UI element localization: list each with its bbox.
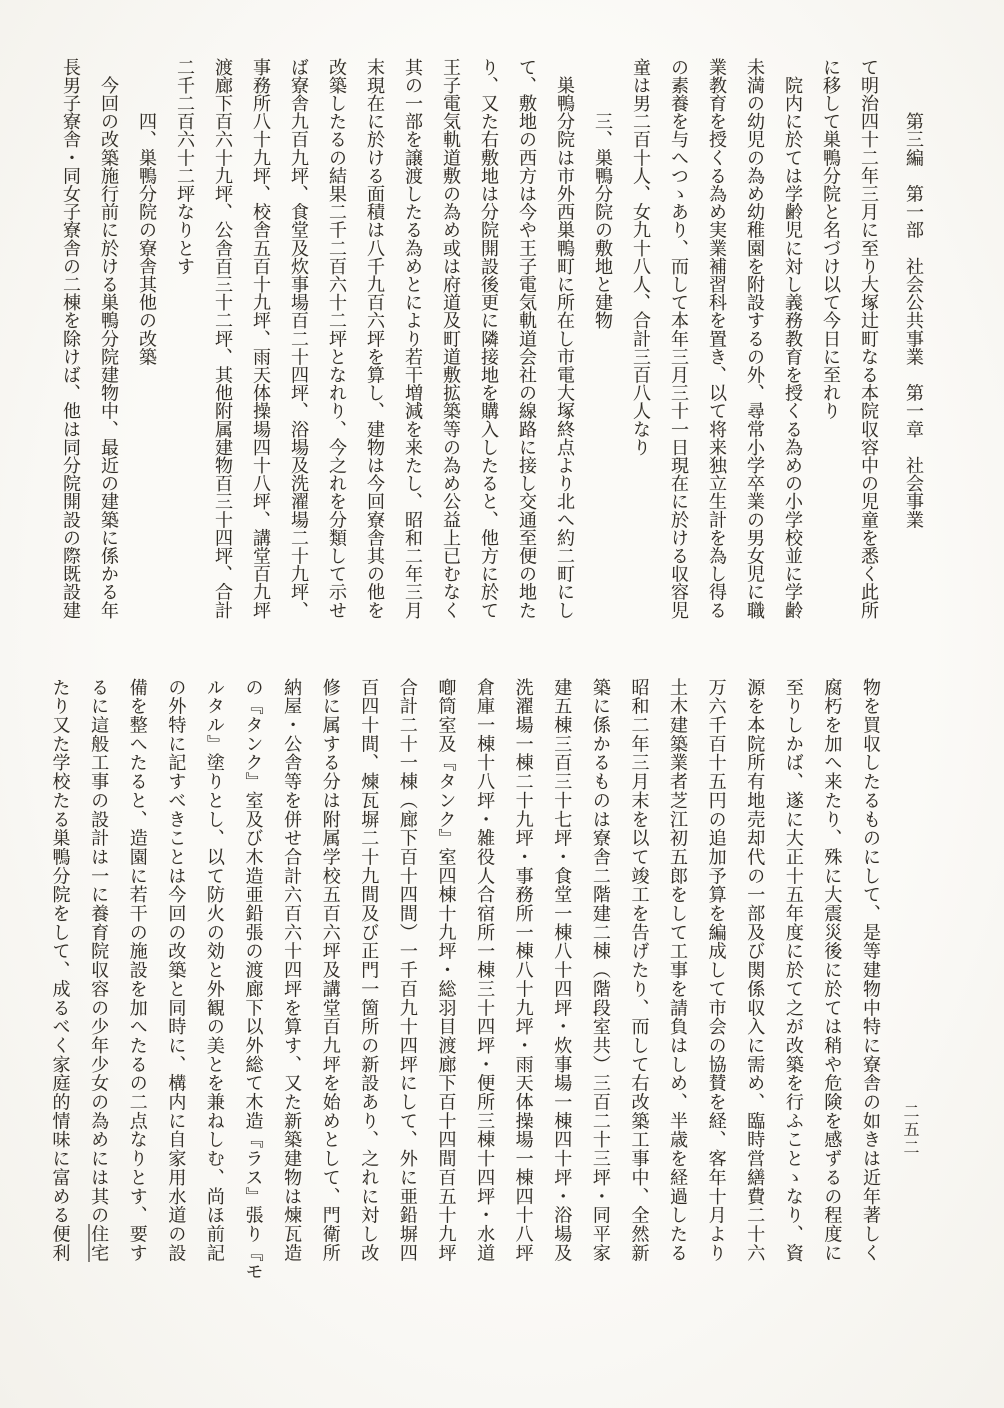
text-line: 院内に於ては学齢児に対し義務教育を授くる為めの小学校並に学齢: [773, 58, 811, 620]
text-line: 洗濯場一棟二十九坪・事務所一棟八十九坪・雨天体操場一棟四十八坪: [503, 678, 542, 1266]
page-number: 二五二: [899, 1103, 922, 1157]
text-line: 童は男二百十人、女九十八人、合計三百八人なり: [621, 58, 659, 620]
text-line: 物を買収したるものにして、是等建物中特に寮舎の如きは近年著しく: [850, 678, 889, 1266]
text-line: り、又た右敷地は分院開設後更に隣接地を購入したると、他方に於て: [469, 58, 507, 620]
text-line: 建五棟三百三十七坪・食堂一棟八十四坪・炊事場一棟四十坪・浴場及: [542, 678, 581, 1266]
scan-correction-mark: [88, 1224, 90, 1262]
text-line: 源を本院所有地売却代の一部及び関係収入に需め、臨時営繕費二十六: [735, 678, 774, 1266]
text-line: 築に係かるものは寮舎二階建二棟（階段室共）三百二十三坪・同平家: [580, 678, 619, 1266]
text-line: 長男子寮舎・同女子寮舎の二棟を除けば、他は同分院開設の際既設建: [51, 58, 89, 620]
text-line: 昭和二年三月末を以て竣工を告げたり、而して右改築工事中、全然新: [619, 678, 658, 1266]
text-line: 土木建築業者芝江初五郎をして工事を請負はしめ、半歳を経過したる: [657, 678, 696, 1266]
text-line: 二千二百六十二坪なりとす: [165, 58, 203, 620]
text-line: 至りしかば、遂に大正十五年度に於て之が改築を行ふことゝなり、資: [773, 678, 812, 1266]
text-line: 倉庫一棟十八坪・雑役人合宿所一棟三十四坪・便所三棟十四坪・水道: [464, 678, 503, 1266]
text-line: の外特に記すべきことは今回の改築と同時に、構内に自家用水道の設: [156, 678, 195, 1266]
text-line: て明治四十二年三月に至り大塚辻町なる本院収容中の児童を悉く此所: [849, 58, 887, 620]
text-line: ルタル』塗りとし、以て防火の効と外観の美とを兼ねしむ、尚ほ前記: [194, 678, 233, 1266]
text-line: たり又た学校たる巣鴨分院をして、成るべく家庭的情味に富める便利: [40, 678, 79, 1266]
chapter-header: 第三編 第一部 社会公共事業 第一章 社会事業: [894, 58, 932, 620]
text-line: 合計二十一棟（廊下百十四間）一千百九十四坪にして、外に亜鉛塀四: [387, 678, 426, 1266]
text-line: 渡廊下百六十九坪、公舎百三十二坪、其他附属建物百三十四坪、合計: [203, 58, 241, 620]
text-line: の『タンク』室及び木造亜鉛張の渡廊下以外総て木造『ラス』張り『モ: [233, 678, 272, 1266]
text-line: るに這般工事の設計は一に養育院収容の少年少女の為めには其の住宅: [79, 678, 118, 1266]
section-heading-4: 四、巣鴨分院の寮舎其他の改築: [127, 58, 165, 620]
text-line: 其の一部を譲渡したる為めとにより若干増減を来たし、昭和二年三月: [393, 58, 431, 620]
text-line: 納屋・公舎等を併せ合計六百六十四坪を算す、又た新築建物は煉瓦造: [272, 678, 311, 1266]
text-line: 腐朽を加へ来たり、殊に大震災後に於ては稍や危険を感ずるの程度に: [812, 678, 851, 1266]
text-line: て、敷地の西方は今や王子電気軌道会社の線路に接し交通至便の地た: [507, 58, 545, 620]
text-line: 巣鴨分院は市外西巣鴨町に所在し市電大塚終点より北へ約二町にし: [545, 58, 583, 620]
text-line: 王子電気軌道敷の為め或は府道及町道敷拡築等の為め公益上已むなく: [431, 58, 469, 620]
lower-page-text: 物を買収したるものにして、是等建物中特に寮舎の如きは近年著しく腐朽を加へ来たり、…: [40, 678, 889, 1266]
book-scan-page: 第三編 第一部 社会公共事業 第一章 社会事業 て明治四十二年三月に至り大塚辻町…: [0, 0, 1004, 1408]
text-line: 今回の改築施行前に於ける巣鴨分院建物中、最近の建築に係かる年: [89, 58, 127, 620]
text-line: 業教育を授くる為め実業補習科を置き、以て将来独立生計を為し得る: [697, 58, 735, 620]
text-line: に移して巣鴨分院と名づけ以て今日に至れり: [811, 58, 849, 620]
text-line: 百四十間、煉瓦塀二十九間及び正門一箇所の新設あり、之れに対し改: [349, 678, 388, 1266]
text-line: 改築したるの結果二千二百六十二坪となれり、今之れを分類して示せ: [317, 58, 355, 620]
text-line: 修に属する分は附属学校五百六坪及講堂百九坪を始めとして、門衛所: [310, 678, 349, 1266]
text-line: 万六千百十五円の追加予算を編成して市会の協賛を経、客年十月より: [696, 678, 735, 1266]
text-line: 備を整へたると、造園に若干の施設を加へたるの二点なりとす、要す: [117, 678, 156, 1266]
text-line: 末現在に於ける面積は八千九百六坪を算し、建物は今回寮舎其の他を: [355, 58, 393, 620]
text-line: 喞筒室及『タンク』室四棟十九坪・総羽目渡廊下百十四間百五十九坪: [426, 678, 465, 1266]
section-heading-3: 三、巣鴨分院の敷地と建物: [583, 58, 621, 620]
text-line: の素養を与へつゝあり、而して本年三月三十一日現在に於ける収容児: [659, 58, 697, 620]
text-line: 事務所八十九坪、校舎五百十九坪、雨天体操場四十八坪、講堂百九坪: [241, 58, 279, 620]
upper-page-text: 第三編 第一部 社会公共事業 第一章 社会事業 て明治四十二年三月に至り大塚辻町…: [51, 58, 932, 620]
text-line: ば寮舎九百九坪、食堂及炊事場百二十四坪、浴場及洗濯場二十九坪、: [279, 58, 317, 620]
text-line: 未満の幼児の為め幼稚園を附設するの外、尋常小学卒業の男女児に職: [735, 58, 773, 620]
